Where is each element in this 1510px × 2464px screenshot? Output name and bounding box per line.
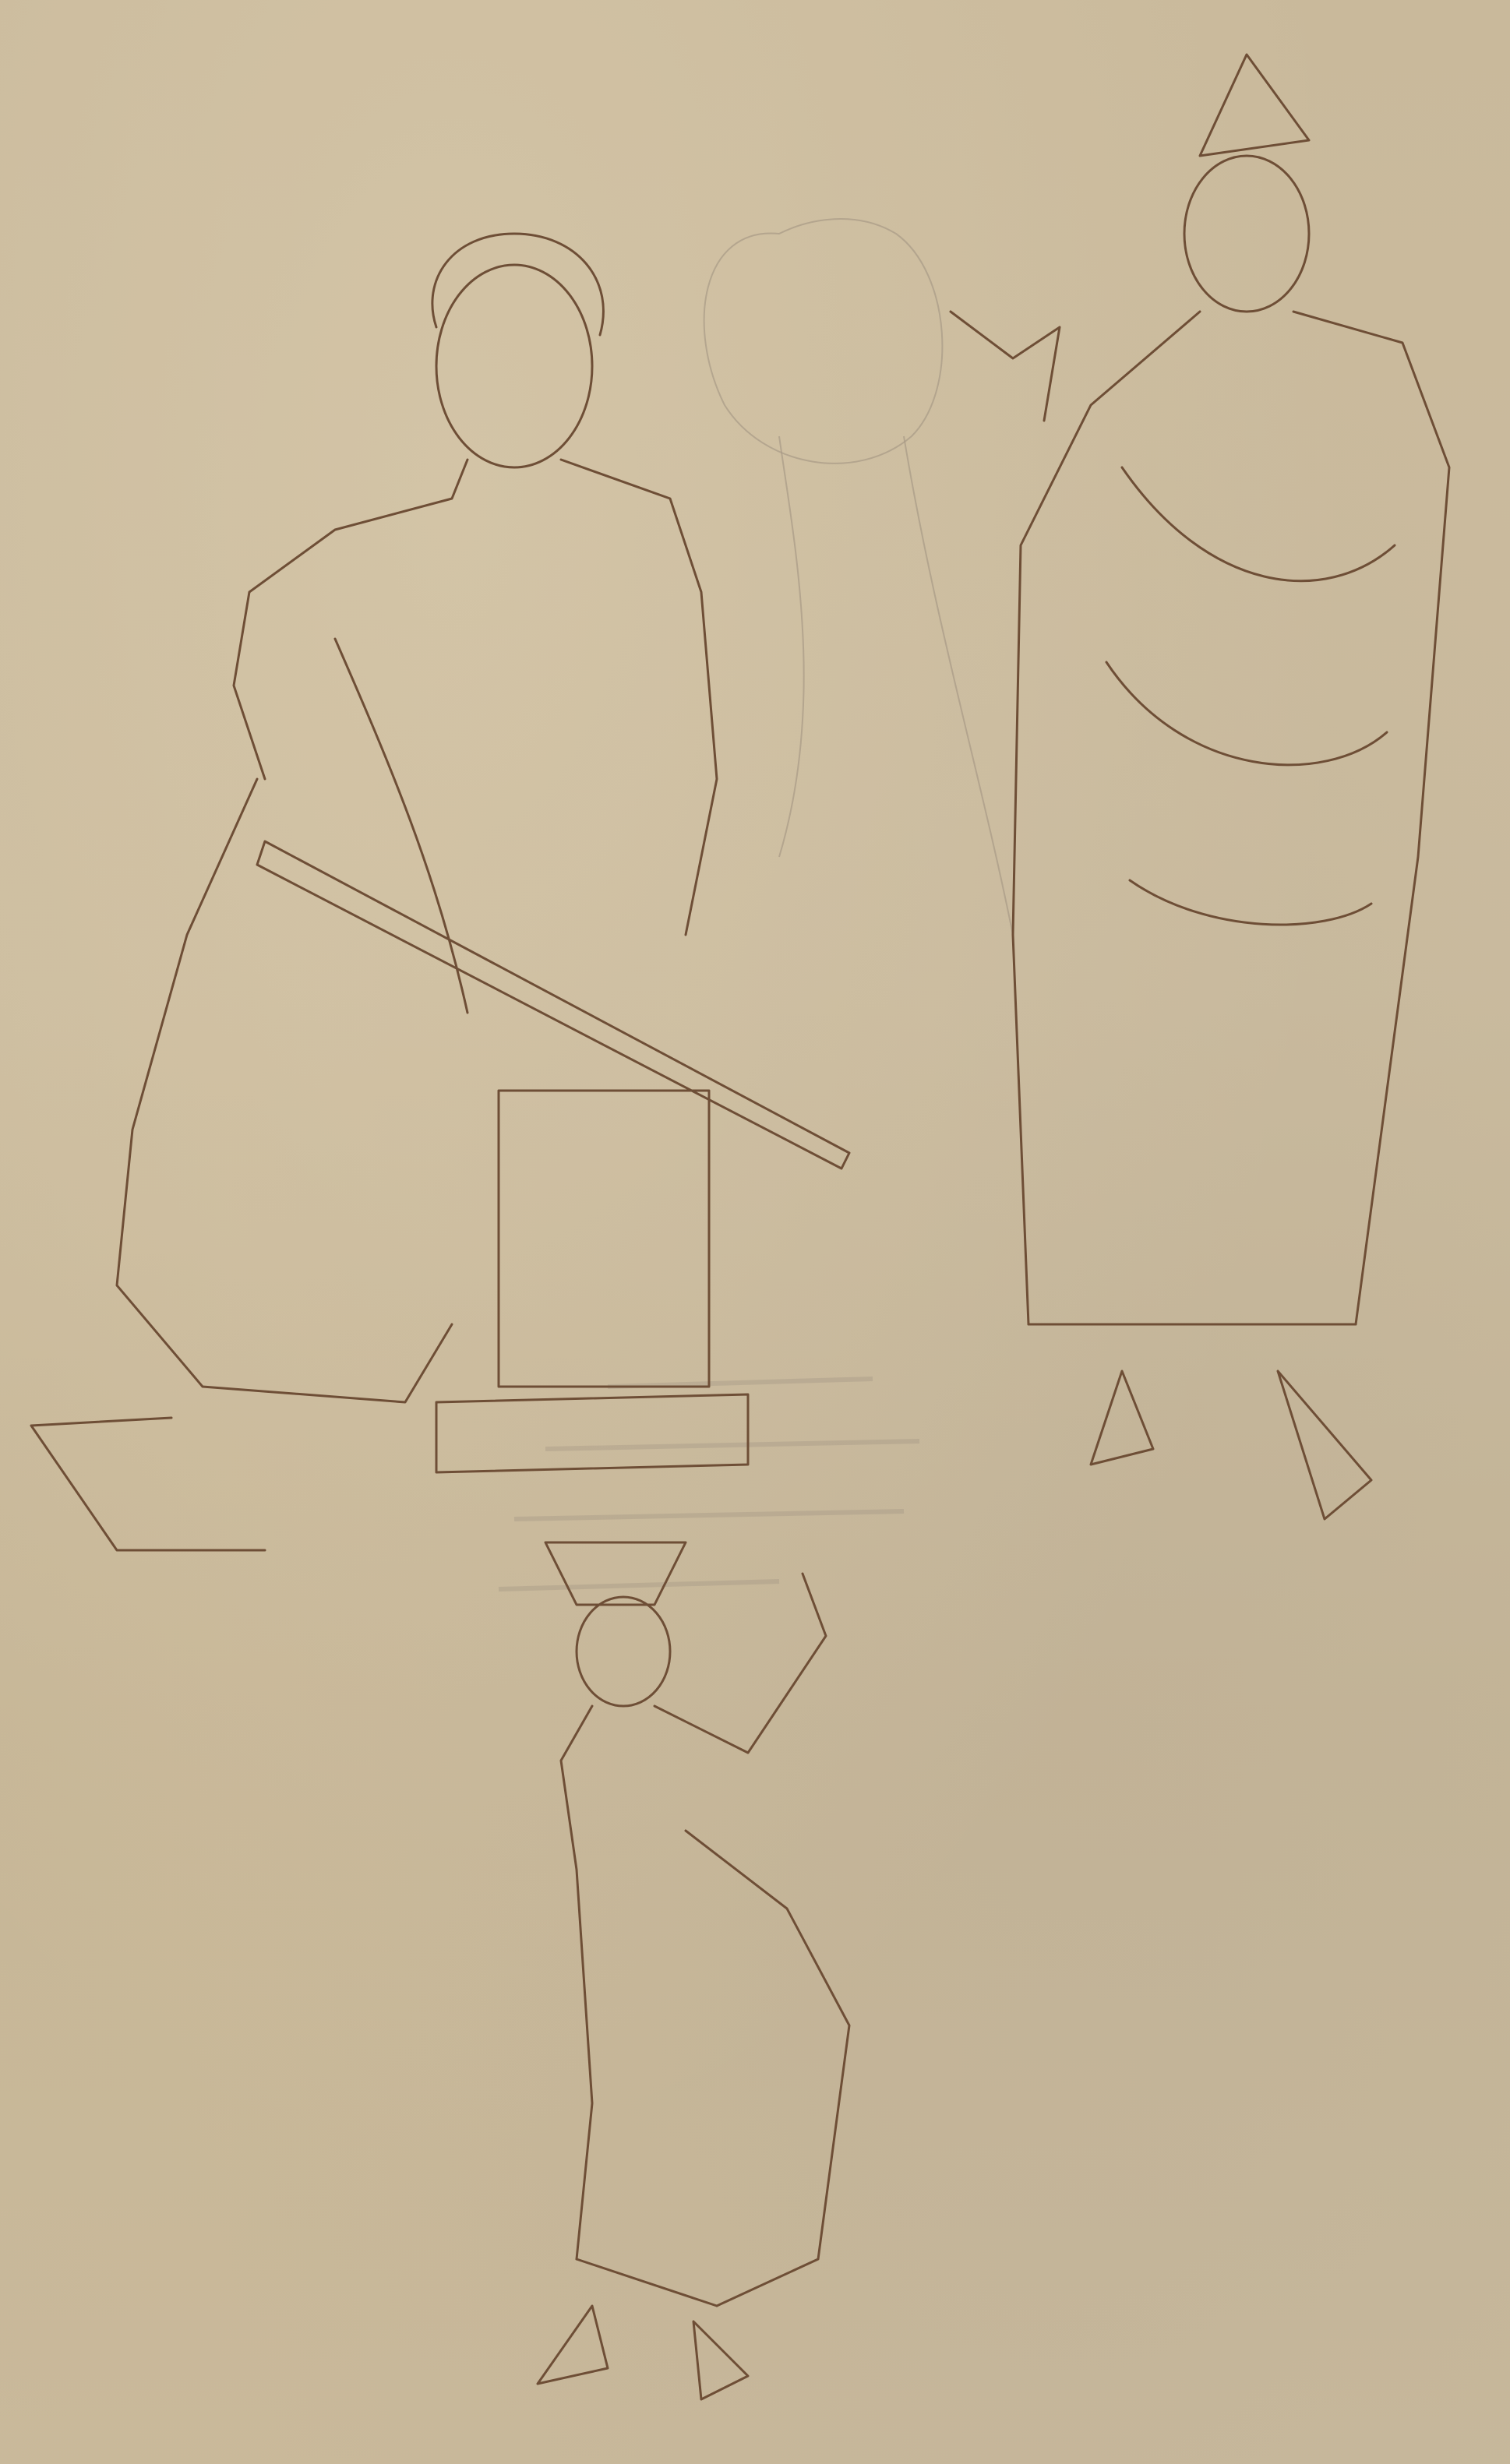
faint-head-sketch	[704, 219, 1013, 935]
seated-figure	[31, 234, 849, 1550]
king-figure	[538, 1542, 849, 2399]
drawings	[0, 0, 1510, 2464]
bleed-through-text	[499, 1379, 919, 1589]
bishop-figure	[951, 55, 1449, 1519]
manuscript-page	[0, 0, 1510, 2464]
